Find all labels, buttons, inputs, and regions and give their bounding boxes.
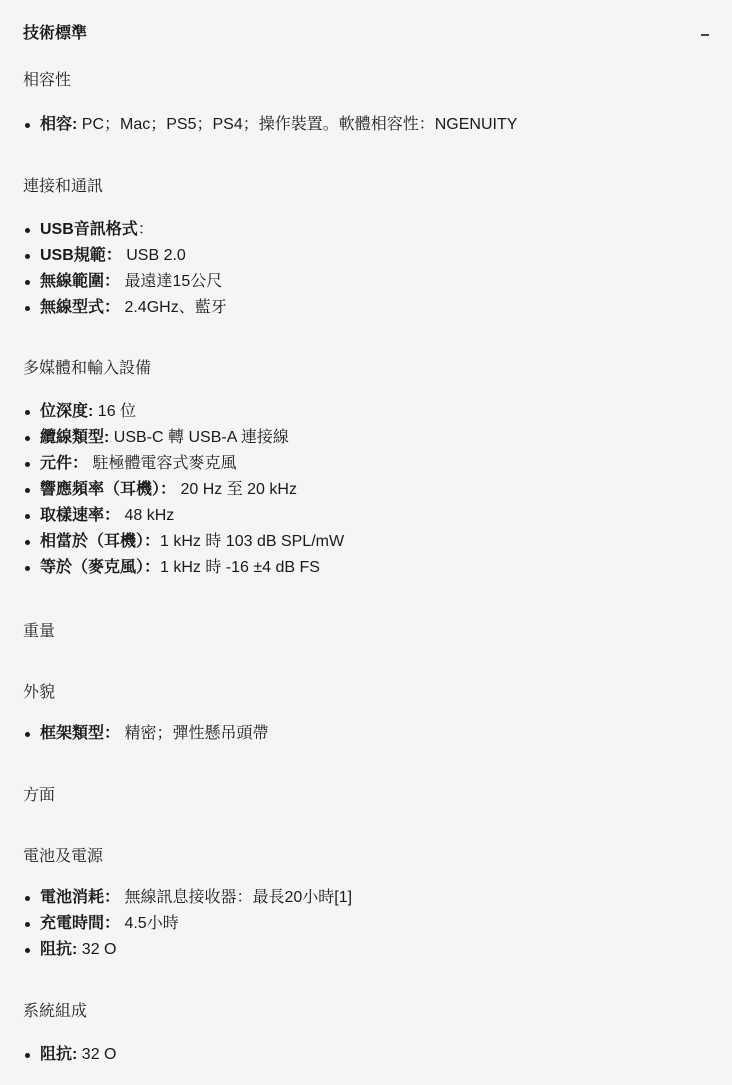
spec-list-connectivity: USB音訊格式： USB規範： USB 2.0 無線範圍： 最遠達15公尺 無線… xyxy=(23,217,227,321)
spec-value: 1 kHz 時 103 dB SPL/mW xyxy=(160,533,344,550)
section-heading-compatibility: 相容性 xyxy=(23,71,71,91)
spec-list-multimedia: 位深度: 16 位 纜線類型: USB-C 轉 USB-A 連接線 元件： 駐極… xyxy=(23,399,344,581)
spec-label: 元件： xyxy=(40,455,88,472)
spec-item: 響應頻率（耳機）： 20 Hz 至 20 kHz xyxy=(23,477,344,503)
spec-value: 4.5小時 xyxy=(120,915,179,932)
section-heading-battery-power: 電池及電源 xyxy=(23,847,103,867)
spec-item: 取樣速率： 48 kHz xyxy=(23,503,344,529)
spec-label: 取樣速率： xyxy=(40,507,120,524)
bullet-icon xyxy=(25,896,30,901)
section-heading-connectivity: 連接和通訊 xyxy=(23,177,103,197)
bullet-icon xyxy=(25,540,30,545)
spec-value: USB 2.0 xyxy=(122,247,186,264)
spec-value: PC；Mac；PS5；PS4；操作裝置。軟體相容性：NGENUITY xyxy=(77,116,517,133)
section-heading-dimensions: 方面 xyxy=(23,786,55,806)
spec-item: 阻抗: 32 O xyxy=(23,937,352,963)
bullet-icon xyxy=(25,436,30,441)
minus-icon xyxy=(701,34,709,36)
section-heading-system-composition: 系統組成 xyxy=(23,1002,87,1022)
spec-label: 響應頻率（耳機）： xyxy=(40,481,176,498)
bullet-icon xyxy=(25,1053,30,1058)
bullet-icon xyxy=(25,566,30,571)
spec-label: USB規範： xyxy=(40,247,122,264)
spec-item: 框架類型： 精密；彈性懸吊頭帶 xyxy=(23,721,268,747)
spec-item: 阻抗: 32 O xyxy=(23,1042,116,1068)
spec-label: 等於（麥克風）： xyxy=(40,559,160,576)
spec-value: 48 kHz xyxy=(120,507,174,524)
spec-item: 位深度: 16 位 xyxy=(23,399,344,425)
bullet-icon xyxy=(25,306,30,311)
spec-value: 20 Hz 至 20 kHz xyxy=(176,481,297,498)
spec-item: 相容: PC；Mac；PS5；PS4；操作裝置。軟體相容性：NGENUITY xyxy=(23,112,517,138)
spec-value: 32 O xyxy=(77,941,116,958)
spec-item: 相當於（耳機）：1 kHz 時 103 dB SPL/mW xyxy=(23,529,344,555)
spec-label: 位深度: xyxy=(40,403,93,420)
spec-value: ： xyxy=(138,221,154,238)
spec-value: 駐極體電容式麥克風 xyxy=(88,455,236,472)
section-heading-appearance: 外貌 xyxy=(23,683,55,703)
spec-value: 無線訊息接收器：最長20小時[1] xyxy=(120,889,352,906)
spec-value: 1 kHz 時 -16 ±4 dB FS xyxy=(160,559,320,576)
spec-label: 框架類型： xyxy=(40,725,120,742)
spec-value: 精密；彈性懸吊頭帶 xyxy=(120,725,268,742)
spec-item: USB音訊格式： xyxy=(23,217,227,243)
spec-list-battery-power: 電池消耗： 無線訊息接收器：最長20小時[1] 充電時間： 4.5小時 阻抗: … xyxy=(23,885,352,963)
bullet-icon xyxy=(25,410,30,415)
collapse-toggle-button[interactable] xyxy=(696,22,716,46)
accordion-header[interactable]: 技術標準 xyxy=(0,0,732,70)
spec-value: 16 位 xyxy=(93,403,136,420)
spec-item: 電池消耗： 無線訊息接收器：最長20小時[1] xyxy=(23,885,352,911)
spec-label: 充電時間： xyxy=(40,915,120,932)
bullet-icon xyxy=(25,462,30,467)
accordion-title: 技術標準 xyxy=(23,24,87,44)
section-heading-weight: 重量 xyxy=(23,622,55,642)
spec-value: 2.4GHz、藍牙 xyxy=(120,299,227,316)
spec-label: 電池消耗： xyxy=(40,889,120,906)
spec-item: USB規範： USB 2.0 xyxy=(23,243,227,269)
spec-label: 無線範圍： xyxy=(40,273,120,290)
bullet-icon xyxy=(25,228,30,233)
section-heading-multimedia: 多媒體和輸入設備 xyxy=(23,359,151,379)
spec-list-appearance: 框架類型： 精密；彈性懸吊頭帶 xyxy=(23,721,268,747)
spec-value: 32 O xyxy=(77,1046,116,1063)
spec-label: USB音訊格式 xyxy=(40,221,138,238)
spec-list-compatibility: 相容: PC；Mac；PS5；PS4；操作裝置。軟體相容性：NGENUITY xyxy=(23,112,517,138)
spec-item: 元件： 駐極體電容式麥克風 xyxy=(23,451,344,477)
bullet-icon xyxy=(25,254,30,259)
bullet-icon xyxy=(25,488,30,493)
spec-label: 無線型式： xyxy=(40,299,120,316)
spec-item: 無線範圍： 最遠達15公尺 xyxy=(23,269,227,295)
spec-label: 纜線類型: xyxy=(40,429,109,446)
spec-item: 等於（麥克風）：1 kHz 時 -16 ±4 dB FS xyxy=(23,555,344,581)
bullet-icon xyxy=(25,280,30,285)
bullet-icon xyxy=(25,948,30,953)
spec-value: 最遠達15公尺 xyxy=(120,273,222,290)
spec-label: 相容: xyxy=(40,116,77,133)
spec-item: 充電時間： 4.5小時 xyxy=(23,911,352,937)
bullet-icon xyxy=(25,732,30,737)
bullet-icon xyxy=(25,123,30,128)
spec-label: 相當於（耳機）： xyxy=(40,533,160,550)
spec-label: 阻抗: xyxy=(40,941,77,958)
spec-list-system-composition: 阻抗: 32 O xyxy=(23,1042,116,1068)
bullet-icon xyxy=(25,922,30,927)
spec-label: 阻抗: xyxy=(40,1046,77,1063)
spec-item: 無線型式： 2.4GHz、藍牙 xyxy=(23,295,227,321)
bullet-icon xyxy=(25,514,30,519)
spec-item: 纜線類型: USB-C 轉 USB-A 連接線 xyxy=(23,425,344,451)
spec-value: USB-C 轉 USB-A 連接線 xyxy=(109,429,289,446)
